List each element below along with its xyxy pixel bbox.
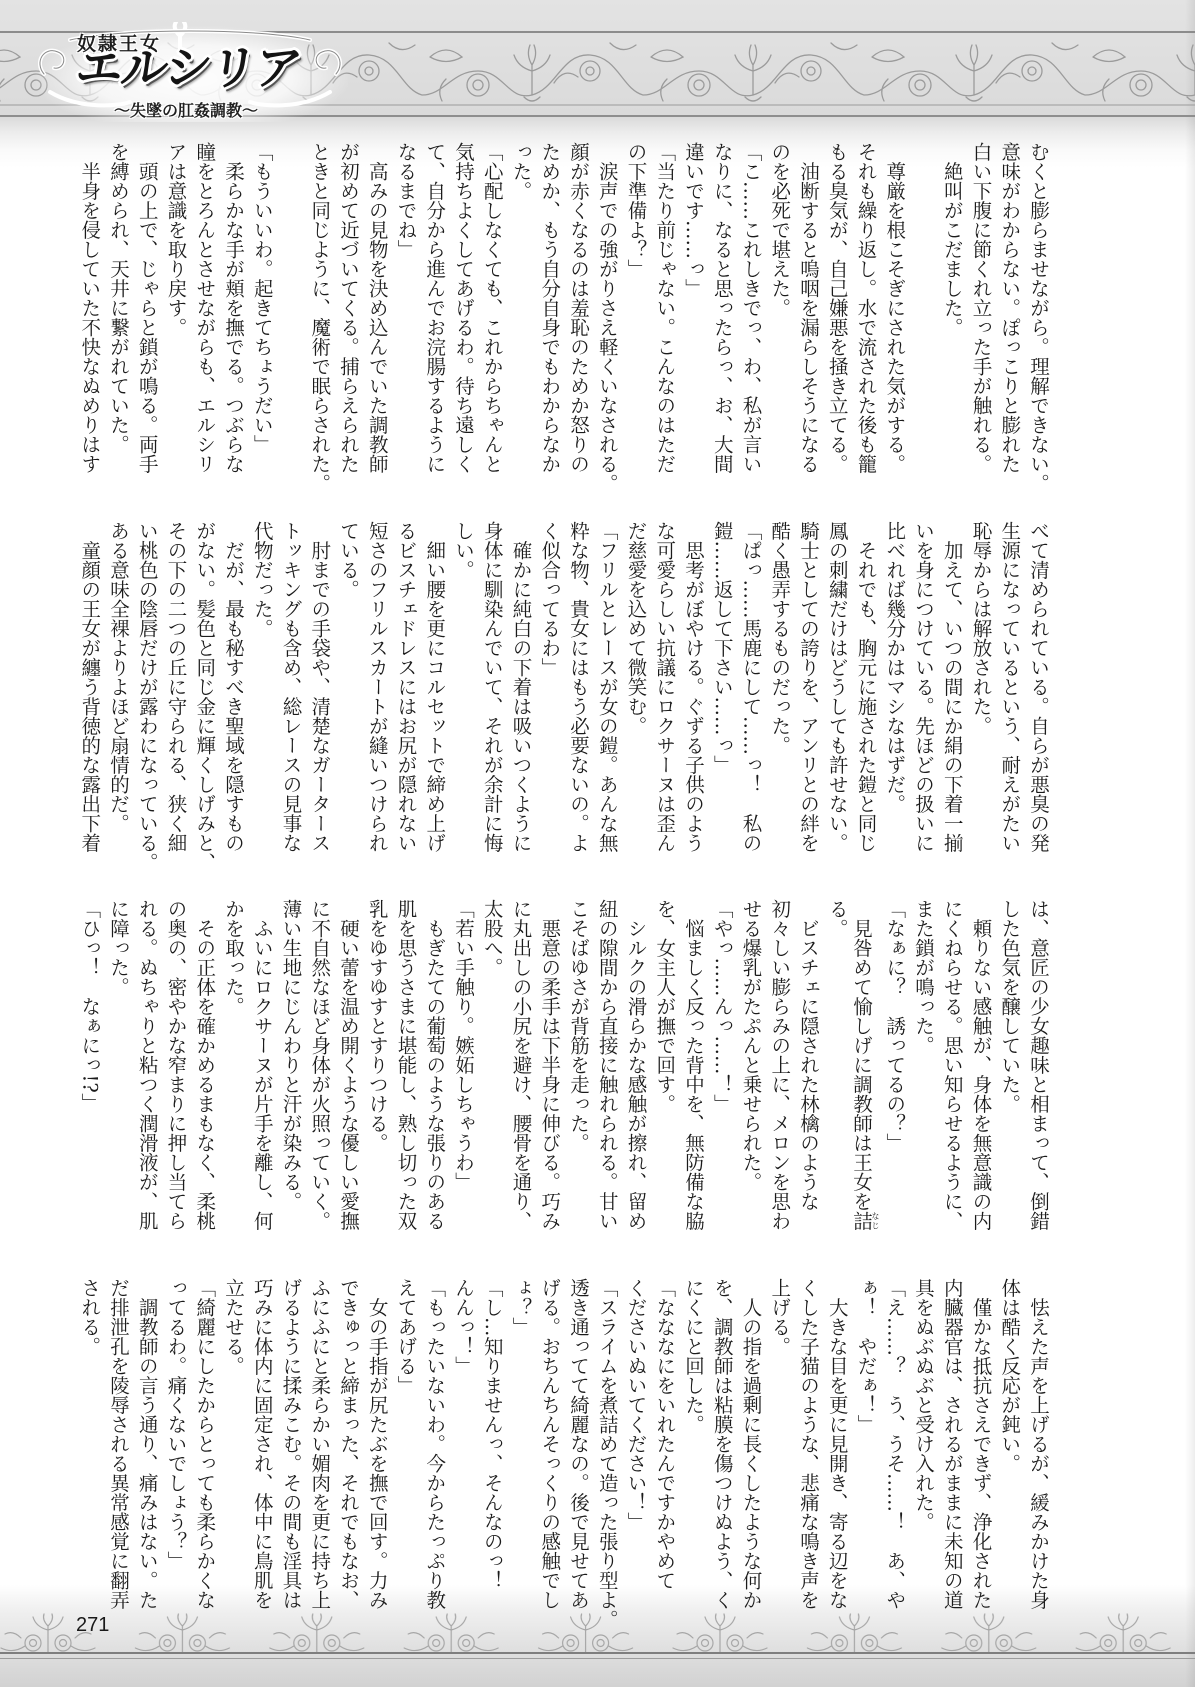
text-column: なりに、なると思ったらっ、お、大間 (707, 142, 736, 474)
text-column: ときと同じように、魔術で眠らされた。 (305, 142, 334, 474)
text-column: その正体を確かめるまもなく、柔桃 (190, 899, 219, 1231)
text-column: 加えて、いつの間にか絹の下着一揃 (937, 521, 966, 853)
text-column: 「綺麗にしたからとっても柔らかくな (190, 1278, 219, 1610)
text-column: ぁ！ やだぁ！」 (851, 1278, 880, 1610)
text-column: 内臓器官は、されるがままに未知の道 (937, 1278, 966, 1610)
text-column: 「ぱっ……馬鹿にして……っ！ 私の (736, 521, 765, 853)
text-column: るビスチェドレスにはお尻が隠れない (391, 521, 420, 853)
text-column: 初々しい膨らみの上に、メロンを思わ (765, 899, 794, 1231)
text-column: 「こ……これしきでっ、わ、私が言い (736, 142, 765, 474)
text-column: 上げる。 (765, 1278, 794, 1610)
text-column: 涙声での強がりさえ軽くいなされる。 (592, 142, 621, 474)
text-column (908, 142, 937, 474)
text-column: その下の二つの丘に守られる、狭く細 (161, 521, 190, 853)
text-column: 鎧……返して下さい……っ」 (707, 521, 736, 853)
text-column: 具をぬぶぬぶと受け入れた。 (908, 1278, 937, 1610)
text-column: 代物だった。 (247, 521, 276, 853)
text-column: 女の手指が尻たぶを撫で回す。力み (362, 1278, 391, 1610)
text-column: 「若い手触り。嫉妬しちゃうわ」 (448, 899, 477, 1231)
text-column: にくにと回した。 (678, 1278, 707, 1610)
text-column: 体は酷く反応が鈍い。 (995, 1278, 1024, 1610)
footer-rule-thin (0, 1658, 1195, 1659)
text-column: を縛められ、天井に繋がれていた。 (103, 142, 132, 474)
text-column: 油断すると嗚咽を漏らしそうになる (793, 142, 822, 474)
text-column: 透き通ってて綺麗なの。後で見せてあ (563, 1278, 592, 1610)
text-column: の奥の、密やかな窄まりに押し当てら (161, 899, 190, 1231)
text-column: 「やっ……んっ……！」 (707, 899, 736, 1231)
text-column: 「当たり前じゃない。こんなのはただ (650, 142, 679, 474)
text-column: 柔らかな手が頬を撫でる。つぶらな (218, 142, 247, 474)
text-column: ょ？」 (506, 1278, 535, 1610)
text-column: を、女主人が撫で回す。 (650, 899, 679, 1231)
text-column: 見咎めて愉しげに調教師は王女を詰なじ (851, 899, 880, 1231)
text-column: 調教師の言う通り、痛みはない。た (132, 1278, 161, 1610)
text-column: ている。 (333, 521, 362, 853)
text-column: ふいにロクサーヌが片手を離し、何 (247, 899, 276, 1231)
text-column: 身体に馴染んでいて、それが余計に悔 (477, 521, 506, 853)
text-column: アは意識を取り戻す。 (161, 142, 190, 474)
text-column: 気持ちよくしてあげるわ。待ち遠しく (448, 142, 477, 474)
text-column: 意味がわからない。ぽっこりと膨れた (995, 142, 1024, 474)
text-column: 硬い蕾を温め開くような優しい愛撫 (333, 899, 362, 1231)
text-column: できゅっと締まった、それでもなお、 (333, 1278, 362, 1610)
text-column: れる。ぬちゃりと粘つく潤滑液が、肌 (132, 899, 161, 1231)
text-column: 「え……？ う、うそ……！ あ、や (880, 1278, 909, 1610)
text-column: 絶叫がこだました。 (937, 142, 966, 474)
text-column: ってるわ。痛くないでしょう？」 (161, 1278, 190, 1610)
text-column: 半身を侵していた不快なぬめりはす (75, 142, 104, 474)
text-column: 「心配しなくても、これからちゃんと (477, 142, 506, 474)
text-column: 「スライムを煮詰めて造った張り型よ。 (592, 1278, 621, 1610)
text-column: 「し…知りませんっ、そんなのっ！ (477, 1278, 506, 1610)
text-tier-3: は、意匠の少女趣味と相まって、倒錯した色気を醸していた。 頼りない感触が、身体を… (74, 899, 1052, 1231)
text-column: 僅かな抵抗さえできず、浄化された (966, 1278, 995, 1610)
text-column: を、調教師は粘膜を傷つけぬよう、く (707, 1278, 736, 1610)
text-column: のを必死で堪えた。 (765, 142, 794, 474)
text-column: もる臭気が、自己嫌悪を掻き立てる。 (822, 142, 851, 474)
text-column: した色気を醸していた。 (995, 899, 1024, 1231)
text-column: は、意匠の少女趣味と相まって、倒錯 (1023, 899, 1052, 1231)
text-column: それでも、胸元に施された鎧と同じ (851, 521, 880, 853)
text-column: せる爆乳がたぷんと乗せられた。 (736, 899, 765, 1231)
text-column: げる。おちんちんそっくりの感触でし (535, 1278, 564, 1610)
text-column: それも繰り返し。水で流された後も籠 (851, 142, 880, 474)
text-column: 恥辱からは解放された。 (966, 521, 995, 853)
ruby-annotation: 詰なじ (850, 1211, 873, 1231)
text-column: 生源になっているという、耐えがたい (995, 521, 1024, 853)
text-column: ビスチェに隠された林檎のような (793, 899, 822, 1231)
text-column: べて清められている。自らが悪臭の発 (1023, 521, 1052, 853)
text-column: ためか、もう自分自身でもわからなか (535, 142, 564, 474)
text-column: 太股へ。 (477, 899, 506, 1231)
text-column: 巧みに体内に固定され、体中に鳥肌を (247, 1278, 276, 1610)
page-number: 271 (76, 1614, 109, 1637)
text-column: の下準備よ？」 (621, 142, 650, 474)
text-column: だが、最も秘すべき聖域を隠すもの (218, 521, 247, 853)
text-column: げるように揉みこむ。その間も淫具は (276, 1278, 305, 1610)
text-column: ある意味全裸よりよほど扇情的だ。 (103, 521, 132, 853)
text-tier-2: べて清められている。自らが悪臭の発生源になっているという、耐えがたい恥辱からは解… (74, 521, 1052, 853)
text-column: く似合ってるわ」 (535, 521, 564, 853)
text-column: 顔が赤くなるのは羞恥のためか怒りの (563, 142, 592, 474)
text-column: 立たせる。 (218, 1278, 247, 1610)
text-column: に丸出しの小尻を避け、腰骨を通り、 (506, 899, 535, 1231)
text-column: ふにふにと柔らかい媚肉を更に持ち上 (305, 1278, 334, 1610)
text-column: こそばゆさが背筋を走った。 (563, 899, 592, 1231)
text-column: もぎたての葡萄のような張りのある (420, 899, 449, 1231)
text-column: んんっ！」 (448, 1278, 477, 1610)
text-column: 紐の隙間から直接に触れられる。甘い (592, 899, 621, 1231)
text-column: 肌を思うさまに堪能し、熟し切った双 (391, 899, 420, 1231)
text-column: 肘までの手袋や、清楚なガータース (305, 521, 334, 853)
text-column: 薄い生地にじんわりと汗が染みる。 (276, 899, 305, 1231)
text-column: 悪意の柔手は下半身に伸びる。巧み (535, 899, 564, 1231)
text-column: て、自分から進んでお浣腸するように (420, 142, 449, 474)
text-column: 怯えた声を上げるが、緩みかけた身 (1023, 1278, 1052, 1610)
text-column: 「もったいないわ。今からたっぷり教 (420, 1278, 449, 1610)
text-column: 粋な物、貴女にはもう必要ないの。よ (563, 521, 592, 853)
text-column: 高みの見物を決め込んでいた調教師 (362, 142, 391, 474)
text-column (276, 142, 305, 474)
text-column: 童顔の王女が纏う背徳的な露出下着 (75, 521, 104, 853)
ruby-text: なじ (871, 1211, 880, 1231)
text-column: される。 (75, 1278, 104, 1610)
text-column: 乳をゆすゆすとすりつける。 (362, 899, 391, 1231)
ruby-base: 詰 (850, 1211, 873, 1231)
text-column: 「フリルとレースが女の鎧。あんな無 (592, 521, 621, 853)
text-column: に不自然なほど身体が火照っていく。 (305, 899, 334, 1231)
text-column: 確かに純白の下着は吸いつくように (506, 521, 535, 853)
page-edge-shadow (1185, 0, 1195, 1687)
footer-rule (0, 1652, 1195, 1654)
text-column: 細い腰を更にコルセットで締め上げ (420, 521, 449, 853)
text-column: だ慈愛を込めて微笑む。 (621, 521, 650, 853)
text-column: くださいぬいてください！」 (621, 1278, 650, 1610)
text-column: がない。髪色と同じ金に輝くしげみと、 (190, 521, 219, 853)
text-column: 違いです……っ」 (678, 142, 707, 474)
text-column: った。 (506, 142, 535, 474)
text-column: シルクの滑らかな感触が擦れ、留め (621, 899, 650, 1231)
text-column: な可愛らしい抗議にロクサーヌは歪ん (650, 521, 679, 853)
text-column: くした子猫のような、悲痛な鳴き声を (793, 1278, 822, 1610)
text-column: 鳳の刺繍だけはどうしても許せない。 (822, 521, 851, 853)
text-column: に障った。 (103, 899, 132, 1231)
text-column: 「なぁに？ 誘ってるの？」 (880, 899, 909, 1231)
text-column: また鎖が鳴った。 (908, 899, 937, 1231)
text-column: 騎士としての誇りを、アンリとの絆を (793, 521, 822, 853)
text-column: 「もういいわ。起きてちょうだい」 (247, 142, 276, 474)
text-column: 頼りない感触が、身体を無意識の内 (966, 899, 995, 1231)
text-column: だ排泄孔を陵辱される異常感覚に翻弄 (103, 1278, 132, 1610)
text-column: 短さのフリルスカートが縫いつけられ (362, 521, 391, 853)
footer-fleuron-ornament-icon (0, 1612, 1195, 1654)
text-column: いを身につけている。先ほどの扱いに (908, 521, 937, 853)
text-column: 思考がぼやける。ぐずる子供のよう (678, 521, 707, 853)
text-column: 頭の上で、じゃらと鎖が鳴る。両手 (132, 142, 161, 474)
text-column: にくねらせる。思い知らせるように、 (937, 899, 966, 1231)
text-column: が初めて近づいてくる。捕らえられた (333, 142, 362, 474)
text-tier-4: 怯えた声を上げるが、緩みかけた身体は酷く反応が鈍い。 僅かな抵抗さえできず、浄化… (74, 1278, 1052, 1610)
subtitle: 〜失墜の肛姦調教〜 (114, 98, 258, 121)
text-column: い桃色の陰唇だけが露わになっている。 (132, 521, 161, 853)
text-column: しい。 (448, 521, 477, 853)
text-column: トッキングも含め、総レースの見事な (276, 521, 305, 853)
text-column: 「なななにをいれたんですかやめて (650, 1278, 679, 1610)
text-column: 瞳をとろんとさせながらも、エルシリ (190, 142, 219, 474)
text-column: 「ひっ！ なぁにっ!?」 (75, 899, 104, 1231)
text-run: 見咎めて愉しげに調教師は王女を (850, 899, 873, 1211)
title-logo: エルシリア (73, 44, 303, 94)
text-column: 悩ましく反った背中を、無防備な脇 (678, 899, 707, 1231)
text-column: 白い下腹に節くれ立った手が触れる。 (966, 142, 995, 474)
text-column: なるまでね」 (391, 142, 420, 474)
text-column: えてあげる」 (391, 1278, 420, 1610)
text-column: 比べれば幾分かはマシなはずだ。 (880, 521, 909, 853)
text-column: 人の指を過剰に長くしたような何か (736, 1278, 765, 1610)
text-tier-1: むくと膨らませながら。理解できない。意味がわからない。ぽっこりと膨れた白い下腹に… (74, 142, 1052, 474)
text-column: 酷く愚弄するものだった。 (765, 521, 794, 853)
text-column: かを取った。 (218, 899, 247, 1231)
text-column: むくと膨らませながら。理解できない。 (1023, 142, 1052, 474)
text-column: 尊厳を根こそぎにされた気がする。 (880, 142, 909, 474)
text-column: 大きな目を更に見開き、寄る辺をな (822, 1278, 851, 1610)
